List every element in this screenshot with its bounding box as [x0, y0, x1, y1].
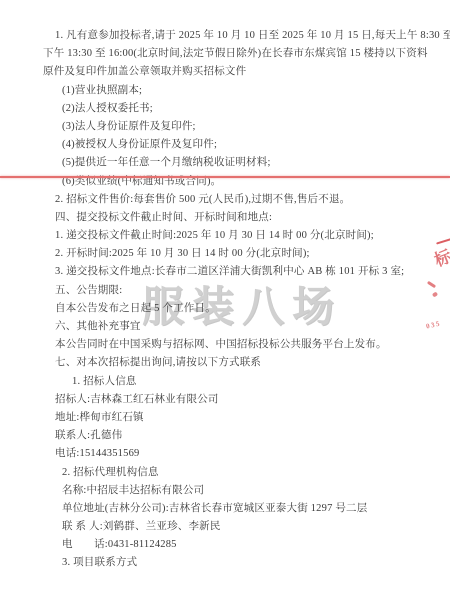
- doc-line: 自本公告发布之日起 5 个工作日。: [0, 300, 450, 318]
- doc-line: 单位地址(吉林分公司):吉林省长春市宽城区亚泰大街 1297 号二层: [0, 500, 450, 518]
- doc-line: 四、提交投标文件截止时间、开标时间和地点:: [0, 209, 450, 227]
- doc-line: 地址:桦甸市红石镇: [0, 409, 450, 427]
- doc-line: 本公告同时在中国采购与招标网、中国招标投标公共服务平台上发布。: [0, 336, 450, 354]
- doc-line: 2. 招标文件售价:每套售价 500 元(人民币),过期不售,售后不退。: [0, 191, 450, 209]
- doc-line: 联系人:孔德伟: [0, 427, 450, 445]
- doc-line: 电 话:0431-81124285: [0, 536, 450, 554]
- doc-line: 3. 递交投标文件地点:长春市二道区洋浦大街凯利中心 AB 栋 101 开标 3…: [0, 263, 450, 281]
- doc-line: 原件及复印件加盖公章领取并购买招标文件: [0, 63, 450, 81]
- doc-line: 五、公告期限:: [0, 282, 450, 300]
- doc-line: 1. 递交投标文件截止时间:2025 年 10 月 30 日 14 时 00 分…: [0, 227, 450, 245]
- red-divider-line: [0, 176, 450, 178]
- doc-line: (1)营业执照副本;: [0, 82, 450, 100]
- doc-line: 1. 招标人信息: [0, 373, 450, 391]
- doc-line: 2. 招标代理机构信息: [0, 464, 450, 482]
- doc-line: 3. 项目联系方式: [0, 554, 450, 572]
- document-lines: 1. 凡有意参加投标者,请于 2025 年 10 月 10 日至 2025 年 …: [0, 27, 450, 573]
- doc-line: 名称:中招辰丰达招标有限公司: [0, 482, 450, 500]
- scanned-document-page: 服装八场 1. 凡有意参加投标者,请于 2025 年 10 月 10 日至 20…: [0, 0, 450, 600]
- doc-line: 七、对本次招标提出询问,请按以下方式联系: [0, 354, 450, 372]
- doc-line: 六、其他补充事宜: [0, 318, 450, 336]
- doc-line: 招标人:吉林森工红石林业有限公司: [0, 391, 450, 409]
- doc-line: (3)法人身份证原件及复印件;: [0, 118, 450, 136]
- doc-line: 电话:15144351569: [0, 445, 450, 463]
- doc-line: (4)被授权人身份证原件及复印件;: [0, 136, 450, 154]
- doc-line: 1. 凡有意参加投标者,请于 2025 年 10 月 10 日至 2025 年 …: [0, 27, 450, 45]
- doc-line: (2)法人授权委托书;: [0, 100, 450, 118]
- doc-line: 联 系 人:刘鹤群、兰亚珍、李新民: [0, 518, 450, 536]
- doc-line: 下午 13:30 至 16:00(北京时间,法定节假日除外)在长春市东煤宾馆 1…: [0, 45, 450, 63]
- doc-line: 2. 开标时间:2025 年 10 月 30 日 14 时 00 分(北京时间)…: [0, 245, 450, 263]
- doc-line: (5)提供近一年任意一个月缴纳税收证明材料;: [0, 154, 450, 172]
